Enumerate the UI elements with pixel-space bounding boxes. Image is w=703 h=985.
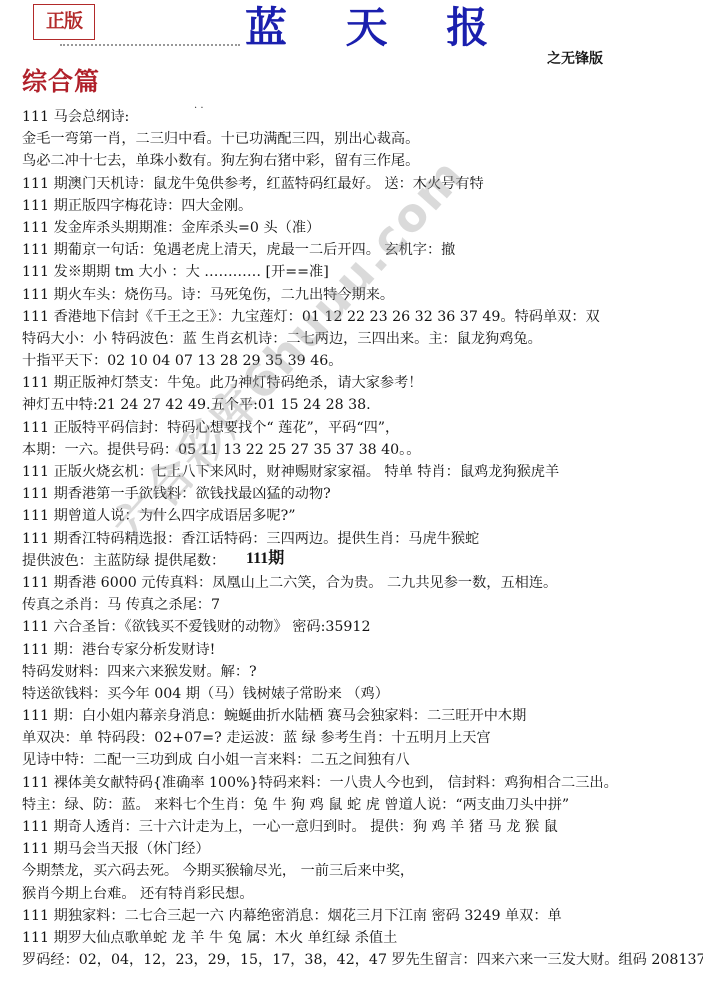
text-line: 111 期马会当天报（休门经） bbox=[22, 838, 702, 860]
text-line: 特码大小：小 特码波色：蓝 生肖玄机诗：二七两边，三四出来。主：鼠龙狗鸡兔。 bbox=[22, 328, 702, 350]
text-line: 111 期火车头：烧伤马。诗：马死兔伤，二九出特今期来。 bbox=[22, 284, 702, 306]
text-line: 111 期正版四字梅花诗：四大金刚。 bbox=[22, 195, 702, 217]
text-line: 111 发金库杀头期期准：金库杀头=0 头（准） bbox=[22, 217, 702, 239]
text-line: 特码发财料：四来六来猴发财。解：? bbox=[22, 661, 702, 683]
text-line: 111 期：港台专家分析发财诗! bbox=[22, 639, 702, 661]
text-line: 今期禁龙，买六码去死。 今期买猴输尽光， 一前三后来中奖， bbox=[22, 860, 702, 882]
edition-label: 之无锋版 bbox=[547, 48, 603, 68]
text-line: 罗码经：02，04，12，23，29，15，17，38，42，47 罗先生留言：… bbox=[22, 949, 702, 971]
text-line: 111 发※期期 tm 大小 ：大 ………… [开==准] bbox=[22, 261, 702, 283]
text-line: 特送欲钱料：买今年 004 期（马）钱树婊子常盼来 （鸡） bbox=[22, 683, 702, 705]
text-line: 神灯五中特:21 24 27 42 49.五个平:01 15 24 28 38. bbox=[22, 394, 702, 416]
text-line: 111 期曾道人说：为什么四字成语居多呢?” bbox=[22, 505, 702, 527]
text-line: 111 裸体美女献特码{准确率 100%}特码来料：一八贵人今也到， 信封料：鸡… bbox=[22, 772, 702, 794]
issue-overprint: 111期 bbox=[246, 545, 284, 568]
text-line: 111 期香港第一手欲钱料：欲钱找最凶猛的动物? bbox=[22, 483, 702, 505]
text-line: 提供波色：主蓝防绿 提供尾数： bbox=[22, 550, 702, 572]
text-line: 十指平天下：02 10 04 07 13 28 29 35 39 46。 bbox=[22, 350, 702, 372]
section-title: 综合篇 bbox=[22, 62, 100, 98]
genuine-edition-stamp: 正版 bbox=[33, 4, 95, 40]
text-line: 111 期香港 6000 元传真料：凤凰山上二六笑，合为贵。 二九共见参一数，五… bbox=[22, 572, 702, 594]
text-line: 111 期罗大仙点歌单蛇 龙 羊 牛 兔 属：木火 单红绿 杀值土 bbox=[22, 927, 702, 949]
text-line: 111 期正版神灯禁支：牛兔。此乃神灯特码绝杀，请大家参考！ bbox=[22, 372, 702, 394]
text-line: 见诗中特：二配一三功到成 白小姐一言来料：二五之间独有八 bbox=[22, 749, 702, 771]
article-body: 111 马会总纲诗: 金毛一弯第一肖，二三归中看。十已功满配三四，别出心裁高。 … bbox=[22, 106, 702, 971]
text-line: 鸟必二冲十七去，单珠小数有。狗左狗右猪中彩，留有三作尾。 bbox=[22, 150, 702, 172]
masthead-dotted-rule bbox=[60, 44, 240, 48]
text-line: 111 期奇人透肖：三十六计走为上，一心一意归到时。 提供：狗 鸡 羊 猪 马 … bbox=[22, 816, 702, 838]
text-line: 111 期葡京一句话：兔遇老虎上清天，虎最一二后开四。 玄机字：撤 bbox=[22, 239, 702, 261]
text-line: 111 马会总纲诗: bbox=[22, 106, 702, 128]
text-line: 111 期：白小姐内幕亲身消息：蜿蜒曲折水陆栖 赛马会独家料：二三旺开中木期 bbox=[22, 705, 702, 727]
text-line: 111 香港地下信封《千王之王》：九宝莲灯：01 12 22 23 26 32 … bbox=[22, 306, 702, 328]
text-line: 本期：一六。提供号码：05 11 13 22 25 27 35 37 38 40… bbox=[22, 439, 702, 461]
text-line: 特主：绿、防：蓝。 来料七个生肖：兔 牛 狗 鸡 鼠 蛇 虎 曾道人说：“两支曲… bbox=[22, 794, 702, 816]
text-line: 传真之杀肖：马 传真之杀尾：7 bbox=[22, 594, 702, 616]
text-line: 猴肖今期上台难。 还有特肖彩民想。 bbox=[22, 883, 702, 905]
text-line: 111 期澳门天机诗：鼠龙牛兔供参考，红蓝特码红最好。 送：木火号有特 bbox=[22, 173, 702, 195]
text-line: 111 正版火烧玄机：七上八下来风时，财神赐财家家福。 特单 特肖：鼠鸡龙狗猴虎… bbox=[22, 461, 702, 483]
text-line: 111 六合圣旨：《欲钱买不爱钱财的动物》 密码:35912 bbox=[22, 616, 702, 638]
newspaper-masthead: 蓝 天 报 bbox=[245, 2, 510, 54]
text-line: 单双决：单 特码段：02+07=? 走运波：蓝 绿 参考生肖：十五明月上天宫 bbox=[22, 727, 702, 749]
text-line: 111 期香江特码精选报：香江话特码：三四两边。提供生肖：马虎牛猴蛇 bbox=[22, 528, 702, 550]
text-line: 111 期独家料：二七合三起一六 内幕绝密消息：烟花三月下江南 密码 3249 … bbox=[22, 905, 702, 927]
text-line: 111 正版特平码信封：特码心想要找个“ 莲花”，平码“四”， bbox=[22, 417, 702, 439]
text-line: 金毛一弯第一肖，二三归中看。十已功满配三四，别出心裁高。 bbox=[22, 128, 702, 150]
